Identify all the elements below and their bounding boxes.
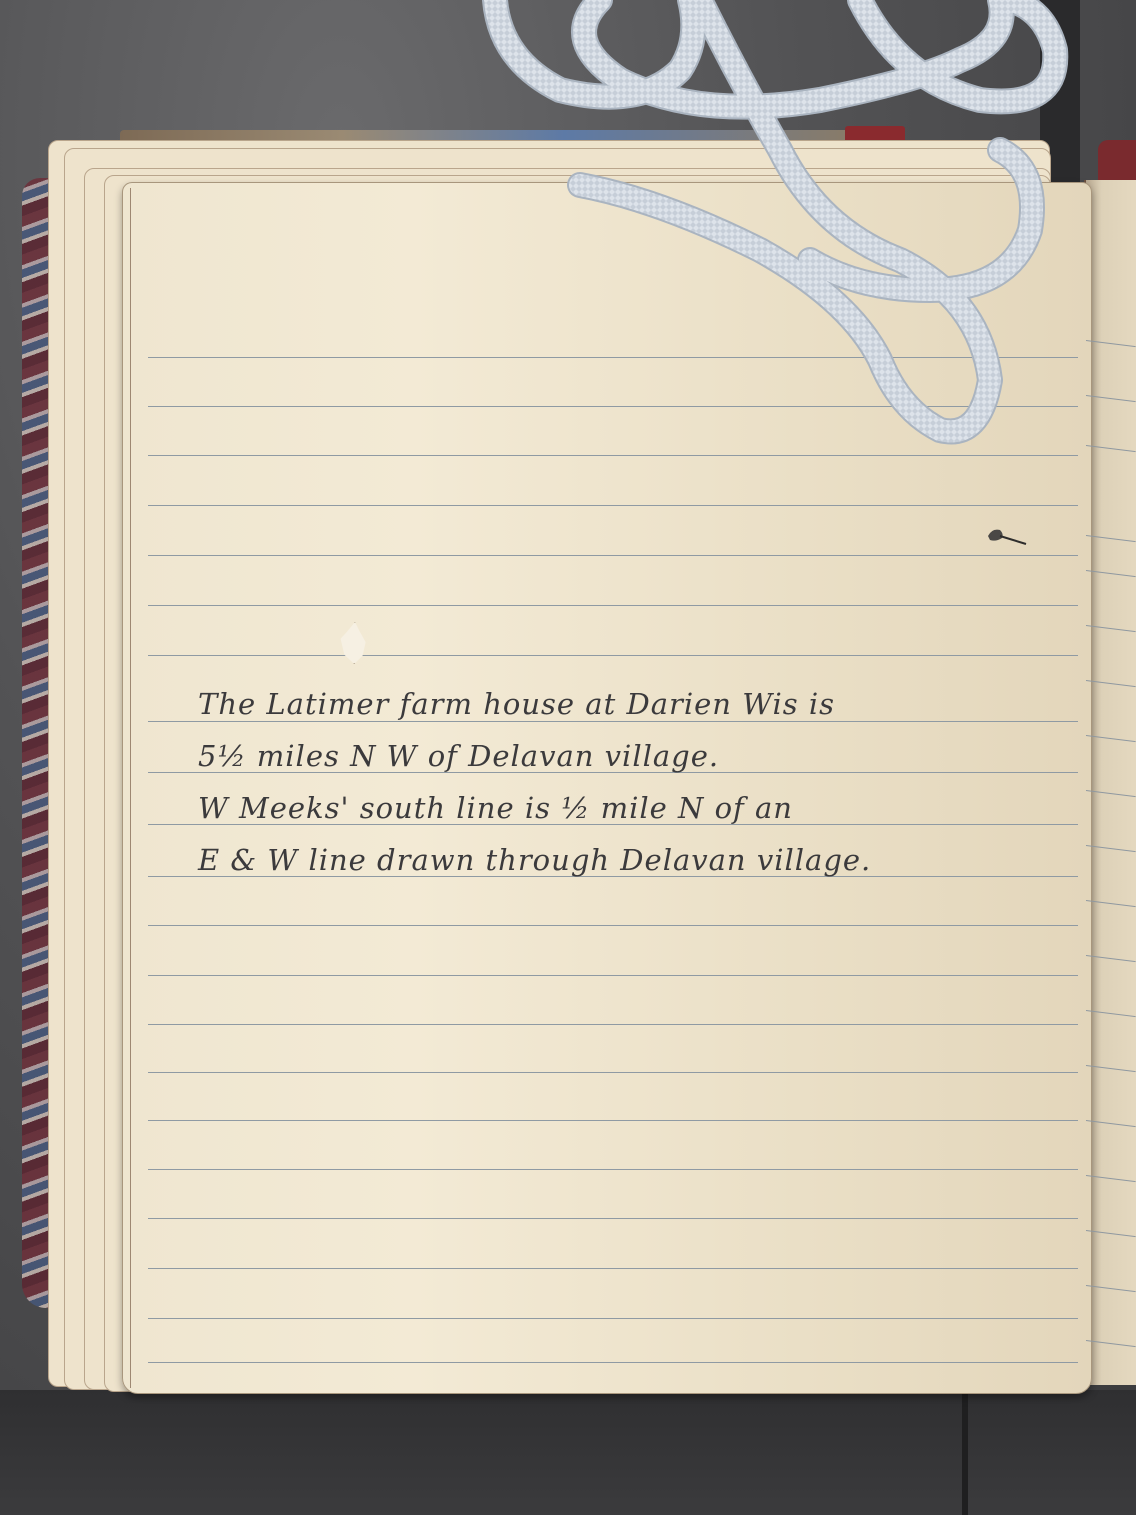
backdrop-seam (962, 1390, 968, 1515)
handwritten-line-4: E & W line drawn through Delavan village… (198, 846, 1058, 875)
page-left-margin-line (130, 188, 131, 1388)
handwritten-line-2: 5½ miles N W of Delavan village. (198, 742, 1058, 771)
ink-blot-mark (986, 524, 1028, 546)
handwritten-line-3: W Meeks' south line is ½ mile N of an (198, 794, 1058, 823)
handwritten-line-1: The Latimer farm house at Darien Wis is (198, 690, 1058, 719)
notebook-page (122, 182, 1092, 1394)
